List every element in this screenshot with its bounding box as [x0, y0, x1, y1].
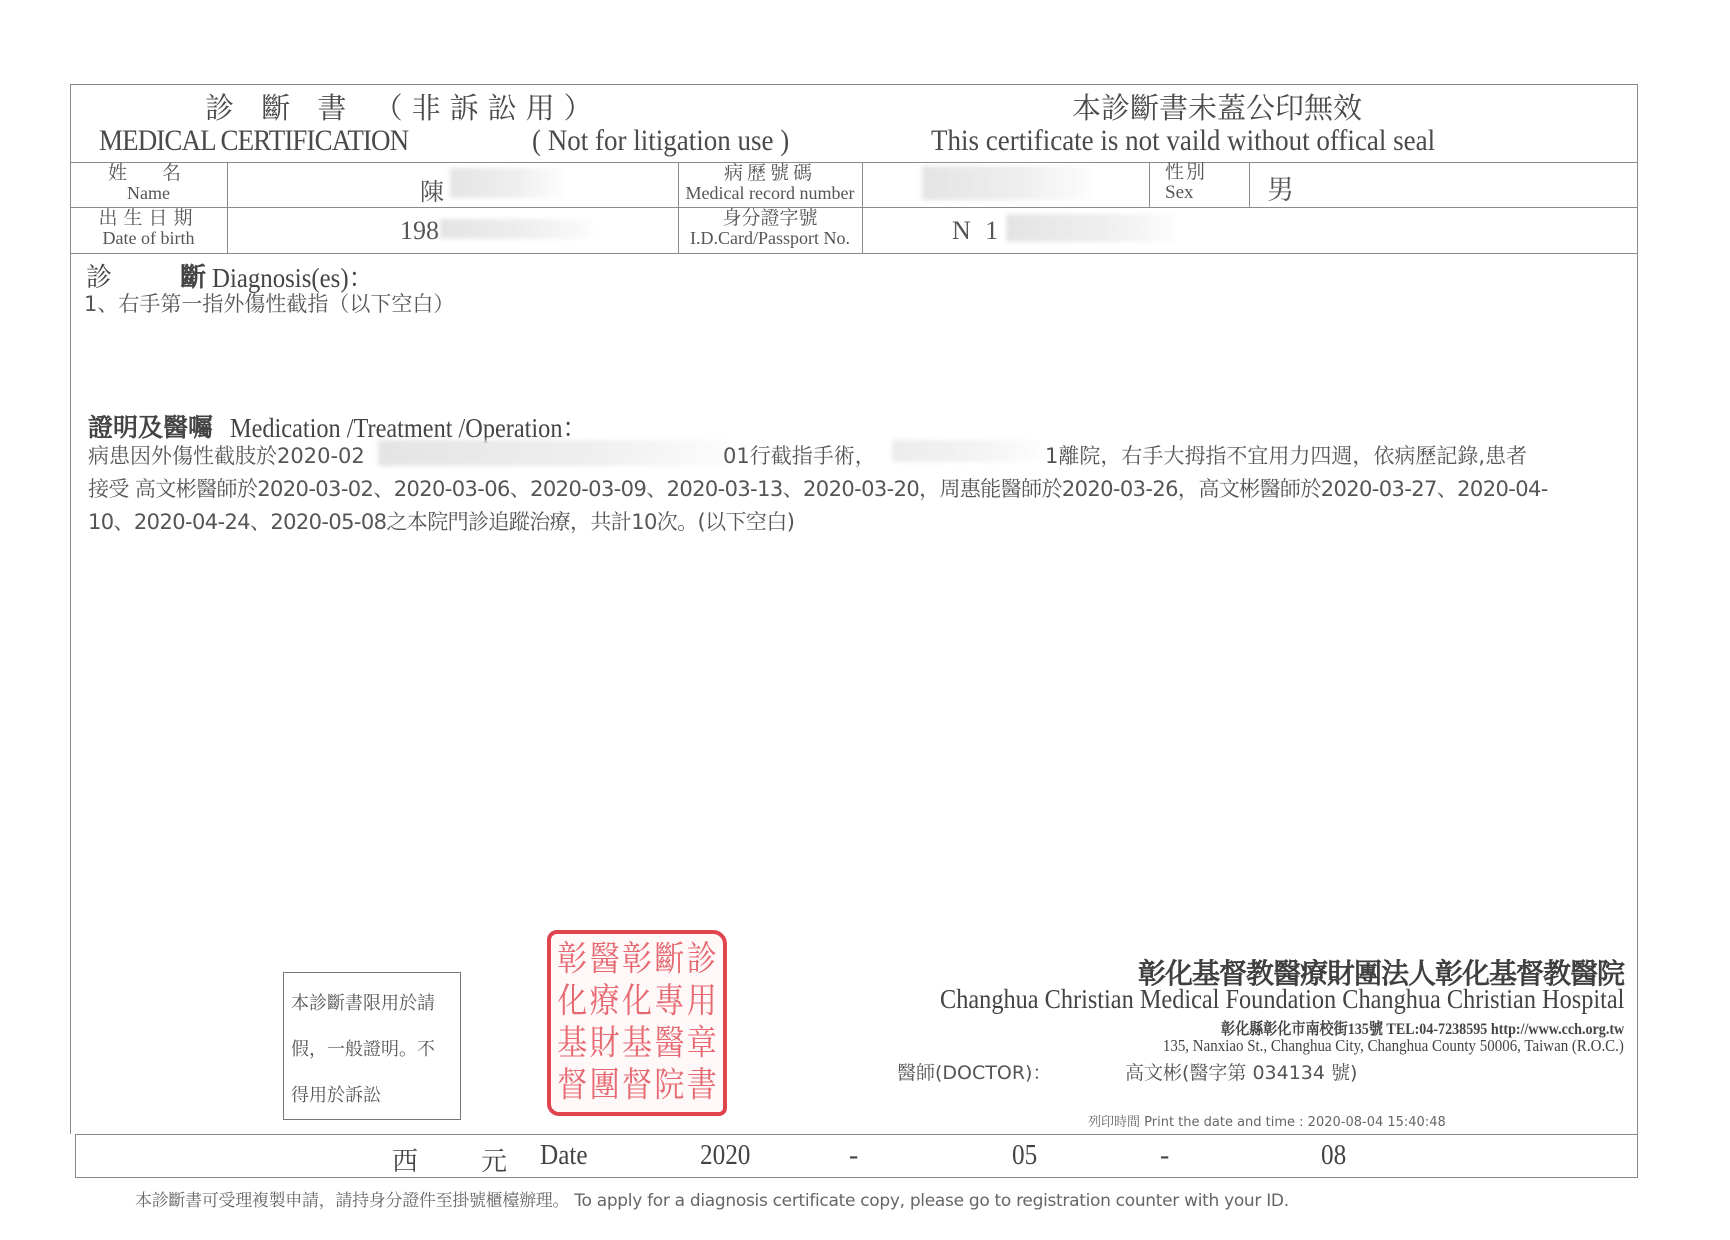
usage-notice-line: 假，一般證明。不: [291, 1035, 435, 1061]
title-en-note: ( Not for litigation use ): [532, 124, 789, 158]
dob-redaction: [440, 219, 592, 239]
sex-value: 男: [1267, 168, 1294, 207]
footer-copy-notice: 本診斷書可受理複製申請，請持身分證件至掛號櫃檯辦理。 To apply for …: [135, 1186, 1289, 1211]
doctor-label: 醫師(DOCTOR)：: [897, 1058, 1051, 1085]
treatment-line-1b: 01行截指手術，: [723, 440, 876, 470]
seal-glyph: 彰: [622, 937, 652, 983]
seal-glyph: 基: [557, 1021, 587, 1067]
treatment-line-2: 接受 高文彬醫師於2020-03-02、2020-03-06、2020-03-0…: [88, 473, 1548, 503]
id-value: N 1: [952, 216, 1002, 246]
id-label: 身分證字號 I.D.Card/Passport No.: [678, 209, 862, 248]
usage-notice-box: 本診斷書限用於請 假，一般證明。不 得用於訴訟: [283, 972, 461, 1120]
hospital-name-en: Changhua Christian Medical Foundation Ch…: [940, 984, 1624, 1015]
sex-label: 性別 Sex: [1165, 163, 1207, 203]
seal-glyph: 療: [589, 979, 619, 1025]
seal-glyph: 基: [622, 1021, 652, 1067]
seal-glyph: 團: [589, 1063, 619, 1109]
title-en: MEDICAL CERTIFICATION: [99, 124, 408, 158]
diagnosis-item: 1、右手第一指外傷性截指（以下空白）: [84, 288, 454, 318]
treatment-line-1c: 1離院，右手大拇指不宜用力四週，依病歷記錄,患者: [1045, 440, 1527, 470]
doctor-value: 高文彬(醫字第 034134 號): [1125, 1058, 1357, 1085]
seal-glyph: 用: [687, 979, 717, 1025]
date-separator: -: [1160, 1140, 1169, 1172]
record-number-label: 病歷號碼 Medical record number: [678, 164, 862, 203]
seal-glyph: 化: [622, 979, 652, 1025]
seal-glyph: 化: [557, 979, 587, 1025]
date-year: 2020: [700, 1140, 750, 1172]
treatment-redaction-1: [378, 440, 728, 466]
treatment-heading-cn: 證明及醫囑: [88, 408, 213, 444]
seal-glyph: 醫: [654, 1021, 684, 1067]
seal-glyph: 書: [687, 1063, 717, 1109]
name-value: 陳: [420, 172, 444, 207]
name-label: 姓 名 Name: [70, 164, 227, 203]
official-seal-stamp: 彰醫彰斷診化療化專用基財基醫章督團督院書: [547, 930, 727, 1116]
seal-notice-cn: 本診斷書未蓋公印無效: [1072, 86, 1362, 127]
name-redaction: [450, 168, 562, 198]
id-redaction: [1006, 214, 1174, 242]
date-month: 05: [1012, 1140, 1037, 1172]
date-separator: -: [849, 1140, 858, 1172]
usage-notice-line: 本診斷書限用於請: [291, 989, 435, 1015]
date-label-en: Date: [540, 1140, 588, 1172]
seal-glyph: 醫: [589, 937, 619, 983]
seal-glyph: 章: [687, 1021, 717, 1067]
treatment-line-3: 10、2020-04-24、2020-05-08之本院門診追蹤治療，共計10次。…: [88, 506, 794, 536]
record-number-redaction: [922, 166, 1090, 200]
seal-glyph: 財: [589, 1021, 619, 1067]
dob-value: 198: [400, 216, 439, 246]
usage-notice-line: 得用於訴訟: [291, 1081, 381, 1107]
date-day: 08: [1321, 1140, 1346, 1172]
seal-glyph: 院: [654, 1063, 684, 1109]
treatment-line-1a: 病患因外傷性截肢於2020-02: [88, 440, 365, 470]
print-time: 列印時間 Print the date and time : 2020-08-0…: [1088, 1111, 1446, 1130]
seal-glyph: 專: [654, 979, 684, 1025]
seal-glyph: 斷: [654, 937, 684, 983]
dob-label: 出生日期 Date of birth: [70, 209, 227, 248]
seal-glyph: 彰: [557, 937, 587, 983]
seal-notice-en: This certificate is not vaild without of…: [931, 124, 1435, 158]
hospital-address-en: 135, Nanxiao St., Changhua City, Changhu…: [1163, 1036, 1624, 1056]
date-label-cn-2: 元: [481, 1141, 507, 1178]
seal-glyph: 督: [622, 1063, 652, 1109]
treatment-redaction-2: [892, 440, 1040, 462]
date-label-cn-1: 西: [392, 1141, 418, 1178]
seal-glyph: 督: [557, 1063, 587, 1109]
title-cn: 診 斷 書 （非訴訟用）: [205, 86, 602, 127]
seal-glyph: 診: [687, 937, 717, 983]
